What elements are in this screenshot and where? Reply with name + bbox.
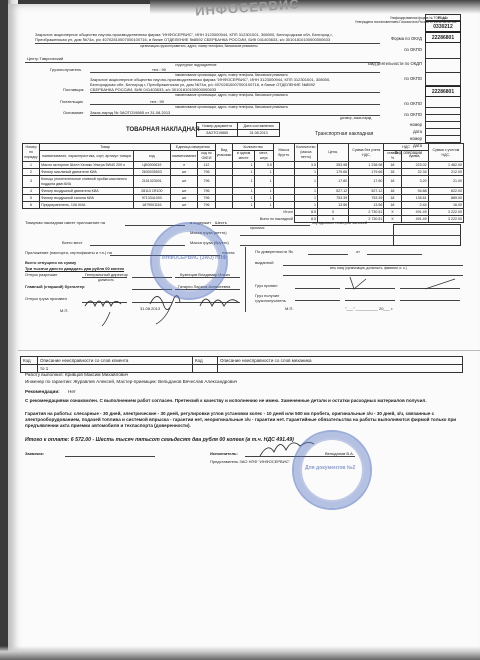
customer-label: Заказчик: [25,451,44,456]
recommendations-value: Нет [68,389,76,395]
nomer-value [425,108,461,115]
okud-label: Форма по ОКУД [332,36,422,41]
receiver-signatures [340,275,470,295]
payer-label: Плательщик [60,99,83,104]
basis-label: Основание [63,110,84,115]
mp-left: М.П. [60,308,68,313]
data2-value [425,129,461,136]
doc-date-label: Дата составления [238,123,280,130]
okud-value: 0330212 [425,21,461,32]
warranty-text: Гарантия на работы: слесарные - 30 дней,… [25,411,465,430]
col-qty-places: мест, штук [254,151,273,162]
codes-column: Коды 0330212 22286801 22286801 [425,14,461,143]
position-caption: должность [98,278,114,282]
attachment-label: Приложение (паспорта, сертификаты и т.п.… [25,250,112,255]
appendix-label: Товарная накладная имеет приложение на [25,220,105,225]
executor-label: Исполнитель: [210,451,238,456]
issued-label: выданной [255,260,273,265]
mp-right: М.П. [285,306,293,311]
total-places-label: Всего мест [62,240,82,245]
division-caption: структурное подразделение [175,63,217,67]
table-row: 4 Фильтр воздушный двигателя КИА 28113 1… [23,188,464,195]
company-stamp [150,222,228,300]
transport-label: Транспортная накладная [315,131,373,137]
col-unit-okei: код по ОКЕИ [198,151,215,162]
col-package: Вид упаковки [215,144,233,162]
document-title: ТОВАРНАЯ НАКЛАДНАЯ [126,127,200,133]
repair-code1-header: Код [21,357,38,365]
okpo3-blank [425,73,461,86]
doc-number-label: Номер документа [197,123,238,130]
recommendations-label: Рекомендации: [25,389,60,395]
nomer-label: номер [332,122,422,127]
agreement-text: С рекомендациями ознакомлен. С выполнени… [25,398,465,404]
shipper-caption: организация-грузоотправитель, адрес, ном… [140,44,258,48]
issued-caption: кем, кому (организация, должность, фамил… [330,266,407,270]
received-label: Груз получил грузополучатель [255,293,295,303]
chief-accountant-label: Главный (старший) бухгалтер [25,284,85,289]
repair-code2-header: Код [193,357,218,365]
stamp2-text: Для документов №2 [305,465,355,471]
records-label: порядковых номеров записей [312,220,367,225]
doc-number: ЗАОТО19865 [197,130,238,137]
col-num: Номер по порядку [23,144,40,162]
proxy-from-label: от [356,249,360,254]
table-row: 2 Фильтр масляный двигателя КИА 26300355… [23,169,464,176]
supplier-label: Поставщик [63,87,84,92]
col-goods-name: наименование, характеристика, сорт, арти… [40,151,134,162]
payer-caption: наименование организации, адрес, номер т… [175,105,288,109]
proxy-label: По доверенности № [255,249,293,254]
table-row: 6 Предохранитель, 10А КИА 1879001116 шт … [23,202,464,209]
repair-table: Код Описание неисправности со слов клиен… [20,356,463,373]
shipped-by-label: Отпуск груза произвел [25,296,67,301]
col-goods: Товар [40,144,171,151]
col-vat: НДС [384,144,428,151]
shipper-line2: Преображенская ул, дом №74а, р/с 4070281… [35,37,330,42]
okpo2-value [425,59,461,73]
okpo2-label: по ОКПО [332,76,422,81]
okpo-value: 22286801 [425,32,461,43]
basis-caption: договор, заказ-наряд [340,116,371,120]
col-qty: Количество [233,144,273,151]
table-row: 3 Кольцо уплотнительное сливной пробки м… [23,176,464,188]
consignee-label: Грузополучатель [50,67,81,72]
okdp-value [425,43,461,59]
col-net: Количество (масса нетто) [294,144,317,162]
totals-row: Итого 8.5 X 2 730.51 X 491.49 3 222.00 [23,209,464,216]
released-sum-label: Всего отпущено на сумму [25,260,76,265]
engineers: Инженер по гарантии: Журавлев Алексей, М… [25,379,465,385]
col-sum-with-vat: Сумма с учетом НДС, [428,144,463,162]
release-allowed-label: Отпуск разрешил [25,272,57,277]
performed-by: Работу выполнил: Кривцов Максим Михайлов… [25,372,465,378]
col-unit-name: наименование [170,151,197,162]
nomer2-value [425,122,461,129]
supplier-caption: наименование организации, адрес, номер т… [175,93,288,97]
stamp-text: ИНФОСЕРВИС (ЗАО) НПФ [162,255,227,261]
signatures-graphic [80,288,250,328]
col-price: Цена, [317,144,348,162]
total-due: Итого к оплате: 6 572.00 - Шесть тысяч п… [25,437,465,443]
repair-desc-mechanic-header: Описание неисправности со слов механика [218,357,463,365]
document-number-table: Номер документаДата составления ЗАОТО198… [196,122,280,137]
col-qty-one: в одном месте [233,151,254,162]
table-row: 1 Масло моторное Шелл Хеликс Ультра 5W40… [23,162,464,169]
okpo3-value: 22286801 [425,86,461,97]
okpo-label: по ОКПО [332,47,422,52]
division-value: Центр Таврический [27,56,63,61]
doc-date: 31.08.2013 [238,130,280,137]
okpo4-value [425,97,461,108]
operation-value [425,136,461,143]
codes-header: Коды [425,14,461,21]
col-vat-sum: сумма, [401,151,428,162]
scan-shadow-bottom [0,646,480,660]
col-sum-no-vat: Сумма без учета НДС, [349,144,384,162]
words-caption: прописью [250,226,264,230]
fold-line [18,350,480,351]
released-sum-words: Три тысячи двести двадцать два рубля 00 … [25,266,124,271]
receive-date-template: "___" __________ 20___ г. [345,306,393,311]
repair-desc-client-header: Описание неисправности со слов клиента [38,357,193,365]
col-goods-code: код [133,151,170,162]
items-table: Номер по порядку Товар Единица измерения… [22,143,464,223]
col-gross: Масса брутто [273,144,294,162]
accepted-label: Груз принял [255,283,277,288]
data-value [425,115,461,122]
table-row: 5 Фильтр воздушный салона КИА 971334L000… [23,195,464,202]
col-vat-rate: ставка % [384,151,401,162]
col-unit: Единица измерения [170,144,215,151]
